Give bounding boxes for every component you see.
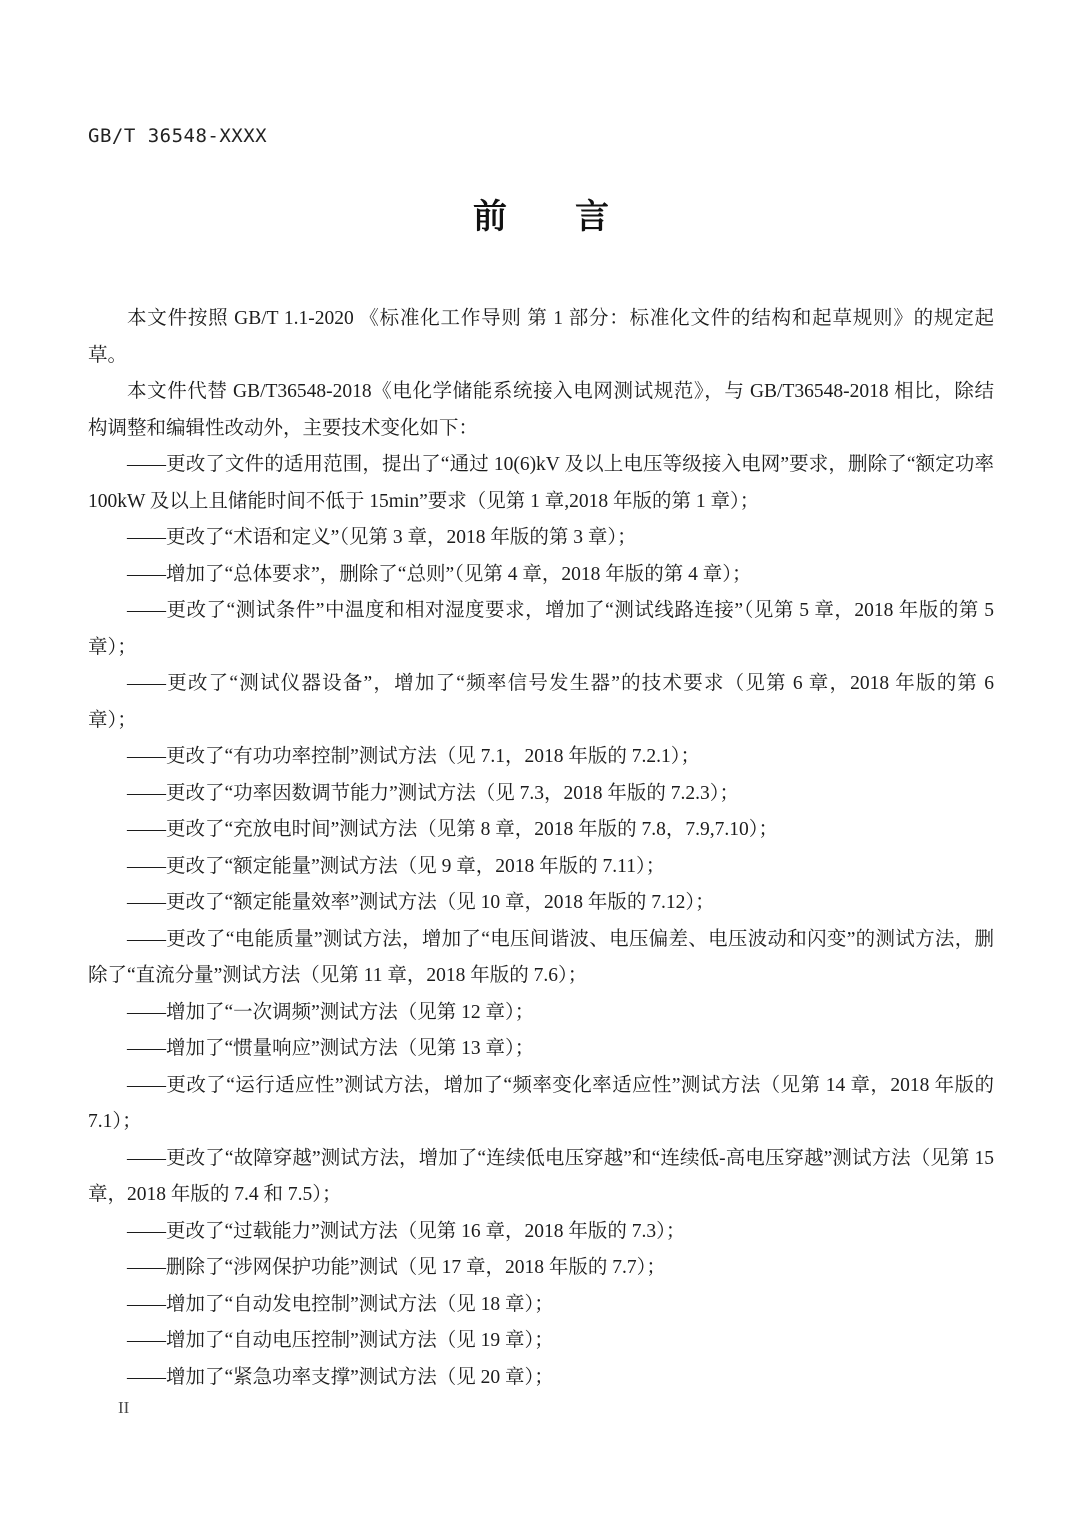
change-item: ——更改了“额定能量”测试方法（见 9 章，2018 年版的 7.11）； bbox=[88, 849, 994, 886]
change-item: ——增加了“自动发电控制”测试方法（见 18 章）； bbox=[88, 1287, 994, 1324]
change-item: ——增加了“紧急功率支撑”测试方法（见 20 章）； bbox=[88, 1360, 994, 1397]
change-item: ——增加了“一次调频”测试方法（见第 12 章）； bbox=[88, 995, 994, 1032]
intro-paragraph: 本文件按照 GB/T 1.1-2020 《标准化工作导则 第 1 部分：标准化文… bbox=[88, 301, 994, 374]
change-item: ——更改了“充放电时间”测试方法（见第 8 章，2018 年版的 7.8，7.9… bbox=[88, 812, 994, 849]
doc-number: GB/T 36548-XXXX bbox=[88, 125, 994, 147]
change-item: ——更改了“功率因数调节能力”测试方法（见 7.3，2018 年版的 7.2.3… bbox=[88, 776, 994, 813]
change-item: ——更改了“术语和定义”（见第 3 章，2018 年版的第 3 章）； bbox=[88, 520, 994, 557]
change-item: ——增加了“总体要求”，删除了“总则”（见第 4 章，2018 年版的第 4 章… bbox=[88, 557, 994, 594]
change-item: ——更改了“测试仪器设备”，增加了“频率信号发生器”的技术要求（见第 6 章，2… bbox=[88, 666, 994, 739]
change-item: ——更改了“运行适应性”测试方法，增加了“频率变化率适应性”测试方法（见第 14… bbox=[88, 1068, 994, 1141]
change-item: ——更改了“电能质量”测试方法，增加了“电压间谐波、电压偏差、电压波动和闪变”的… bbox=[88, 922, 994, 995]
change-item: ——更改了“额定能量效率”测试方法（见 10 章，2018 年版的 7.12）； bbox=[88, 885, 994, 922]
change-item: ——更改了“测试条件”中温度和相对湿度要求，增加了“测试线路连接”（见第 5 章… bbox=[88, 593, 994, 666]
document-page: GB/T 36548-XXXX 前 言 本文件按照 GB/T 1.1-2020 … bbox=[0, 0, 1080, 1527]
change-item: ——更改了文件的适用范围，提出了“通过 10(6)kV 及以上电压等级接入电网”… bbox=[88, 447, 994, 520]
change-item: ——更改了“有功功率控制”测试方法（见 7.1，2018 年版的 7.2.1）； bbox=[88, 739, 994, 776]
change-item: ——增加了“惯量响应”测试方法（见第 13 章）； bbox=[88, 1031, 994, 1068]
change-item: ——更改了“故障穿越”测试方法，增加了“连续低电压穿越”和“连续低-高电压穿越”… bbox=[88, 1141, 994, 1214]
change-item: ——增加了“自动电压控制”测试方法（见 19 章）； bbox=[88, 1323, 994, 1360]
intro-paragraph: 本文件代替 GB/T36548-2018《电化学储能系统接入电网测试规范》，与 … bbox=[88, 374, 994, 447]
page-title: 前 言 bbox=[88, 197, 994, 237]
foreword-body: 本文件按照 GB/T 1.1-2020 《标准化工作导则 第 1 部分：标准化文… bbox=[88, 301, 994, 1396]
change-item: ——删除了“涉网保护功能”测试（见 17 章，2018 年版的 7.7）； bbox=[88, 1250, 994, 1287]
page-number: II bbox=[118, 1398, 129, 1418]
change-item: ——更改了“过载能力”测试方法（见第 16 章，2018 年版的 7.3）； bbox=[88, 1214, 994, 1251]
